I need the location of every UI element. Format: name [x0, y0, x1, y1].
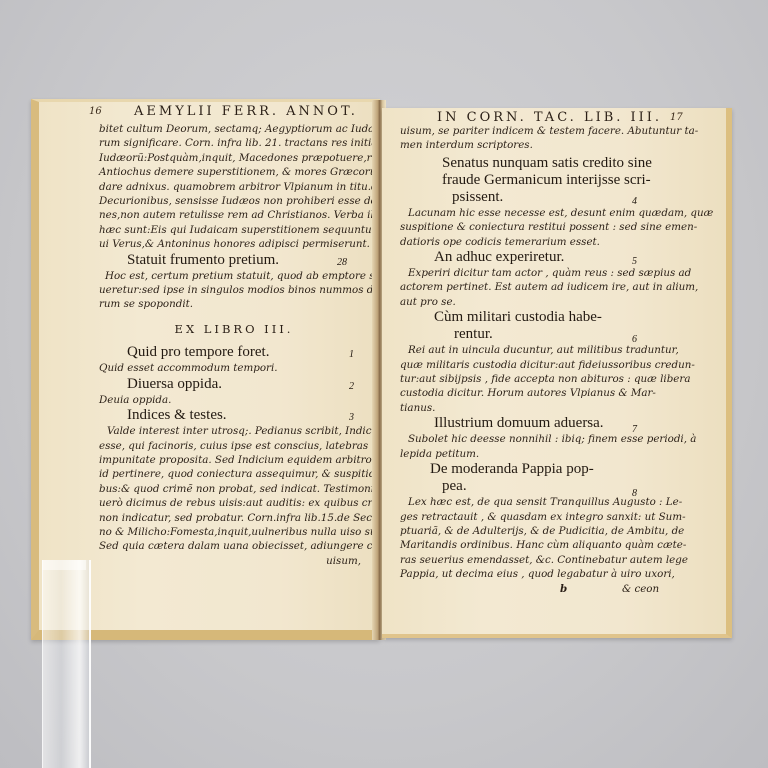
right-page-text: uisum, se pariter indicem & testem facer… [400, 124, 670, 596]
running-head-left: AEMYLII FERR. ANNOT. [134, 104, 358, 119]
entry-heading-text: Diuersa oppida. [127, 376, 222, 392]
right-page: IN CORN. TAC. LIB. III. 17 uisum, se par… [382, 108, 732, 638]
text-line: non indicatur, sed probatur. Corn.infra … [99, 511, 369, 525]
open-book: 16 AEMYLII FERR. ANNOT. bitet cultum Deo… [0, 0, 768, 768]
text-line: Lacunam hic esse necesse est, desunt eni… [400, 206, 670, 220]
entry-number: 6 [632, 331, 637, 348]
page-number-right: 17 [670, 112, 683, 123]
running-head-right: IN CORN. TAC. LIB. III. [437, 110, 662, 125]
entry-heading: An adhuc experiretur. 5 [400, 249, 670, 266]
text-line: ui Verus,& Antoninus honores adipisci pe… [99, 237, 369, 251]
text-line: Quid esset accommodum tempori. [99, 361, 369, 375]
text-line: dare adnixus. quamobrem arbitror Vlpianu… [99, 180, 369, 194]
text-line: aut pro se. [400, 295, 670, 309]
text-line: men interdum scriptores. [400, 138, 670, 152]
entry-number: 8 [632, 485, 637, 502]
text-line: Valde interest inter utrosq;. Pedianus s… [99, 424, 369, 438]
text-line: quæ militaris custodia dicitur:aut fidei… [400, 358, 670, 372]
acrylic-stand [42, 560, 91, 768]
text-line: Hoc est, certum pretium statuit, quod ab… [99, 269, 369, 283]
acrylic-stand-top [42, 560, 86, 570]
entry-heading: De moderanda Pappia pop- pea. 8 [400, 461, 670, 495]
text-line: ueretur:sed ipse in singulos modios bino… [99, 283, 369, 297]
left-page-text: bitet cultum Deorum, sectamq; Aegyptioru… [99, 122, 369, 568]
text-line: Subolet hic deesse nonnihil : ibiq; fine… [400, 432, 670, 446]
entry-heading-text: Indices & testes. [127, 407, 227, 423]
text-line: Decurionibus, sensisse Iudæos non prohib… [99, 194, 369, 208]
entry-number: 5 [632, 253, 637, 270]
entry-heading: Cùm militari custodia habe- rentur. 6 [400, 309, 670, 343]
text-line: Rei aut in uincula ducuntur, aut militib… [400, 343, 670, 357]
text-line: custodia dicitur. Horum autores Vlpianus… [400, 386, 670, 400]
text-line: suspitione & coniectura restitui possent… [400, 220, 670, 234]
entry-heading: Illustrium domuum aduersa. 7 [400, 415, 670, 432]
page-footer: b & ceon [400, 582, 670, 596]
text-line: rum significare. Corn. infra lib. 21. tr… [99, 136, 369, 150]
text-line: tur:aut sibijpsis , fide accepta non abi… [400, 372, 670, 386]
catchword: uisum, [99, 554, 369, 568]
text-line: Iudæorũ:Postquàm,inquit, Macedones præpo… [99, 151, 369, 165]
text-line: rum se spopondit. [99, 297, 369, 311]
text-line: Sed quia cætera dalam uana obiecisset, a… [99, 539, 369, 553]
entry-heading-text: Quid pro tempore foret. [127, 344, 269, 360]
text-line: hæc sunt:Eis qui Iudaicam superstitionem… [99, 223, 369, 237]
text-line: impunitate proposita. Sed Indicium equid… [99, 453, 369, 467]
text-line: bitet cultum Deorum, sectamq; Aegyptioru… [99, 122, 369, 136]
entry-number: 1 [349, 346, 354, 363]
entry-number: 2 [349, 378, 354, 395]
entry-heading: Statuit frumento pretium. 28 [99, 252, 369, 269]
text-line: uisum, se pariter indicem & testem facer… [400, 124, 670, 138]
text-line: actorem pertinet. Est autem ad iudicem i… [400, 280, 670, 294]
left-page: 16 AEMYLII FERR. ANNOT. bitet cultum Deo… [31, 99, 380, 640]
entry-heading-text: Senatus nunquam satis credito sine [442, 155, 670, 172]
entry-heading-text: Cùm militari custodia habe- [434, 309, 670, 326]
catchword: & ceon [622, 582, 659, 596]
entry-heading: Quid pro tempore foret. 1 [99, 344, 369, 361]
text-line: Experiri dicitur tam actor , quàm reus :… [400, 266, 670, 280]
entry-heading-text: fraude Germanicum interijsse scri- [442, 172, 670, 189]
entry-heading: Senatus nunquam satis credito sine fraud… [400, 155, 670, 206]
text-line: lepida petitum. [400, 447, 670, 461]
text-line: uerò dicimus de rebus uisis:aut auditis:… [99, 496, 369, 510]
section-title: EX LIBRO III. [99, 322, 369, 336]
text-line: Maritandis ordinibus. Hanc cùm aliquanto… [400, 538, 670, 552]
text-line: datioris ope codicis temerarium esset. [400, 235, 670, 249]
entry-number: 28 [337, 254, 347, 271]
entry-number: 4 [632, 193, 637, 210]
text-line: esse, qui facinoris, cuius ipse est cons… [99, 439, 369, 453]
text-line: id pertinere, quod coniectura assequimur… [99, 467, 369, 481]
text-line: no & Milicho:Fomesta,inquit,uulneribus n… [99, 525, 369, 539]
text-line: bus:& quod crimẽ non probat, sed indicat… [99, 482, 369, 496]
text-line: ras seuerius emendasset, &c. Continebatu… [400, 553, 670, 567]
text-line: Pappia, ut decima eius , quod legabatur … [400, 567, 670, 581]
entry-heading: Indices & testes. 3 [99, 407, 369, 424]
entry-heading-text: De moderanda Pappia pop- [430, 461, 670, 478]
text-line: ptuariã, & de Adulterijs, & de Pudicitia… [400, 524, 670, 538]
text-line: Antiochus demere superstitionem, & mores… [99, 165, 369, 179]
entry-heading: Diuersa oppida. 2 [99, 376, 369, 393]
text-line: Deuia oppida. [99, 393, 369, 407]
text-line: nes,non autem retulisse rem ad Christian… [99, 208, 369, 222]
text-line: Lex hæc est, de qua sensit Tranquillus A… [400, 495, 670, 509]
signature-mark: b [560, 582, 567, 596]
text-line: tianus. [400, 401, 670, 415]
page-number-left: 16 [89, 106, 102, 117]
entry-number: 7 [632, 421, 637, 438]
entry-heading-text: Statuit frumento pretium. [127, 252, 279, 268]
entry-number: 3 [349, 409, 354, 426]
text-line: ges retractauit , & quasdam ex integro s… [400, 510, 670, 524]
